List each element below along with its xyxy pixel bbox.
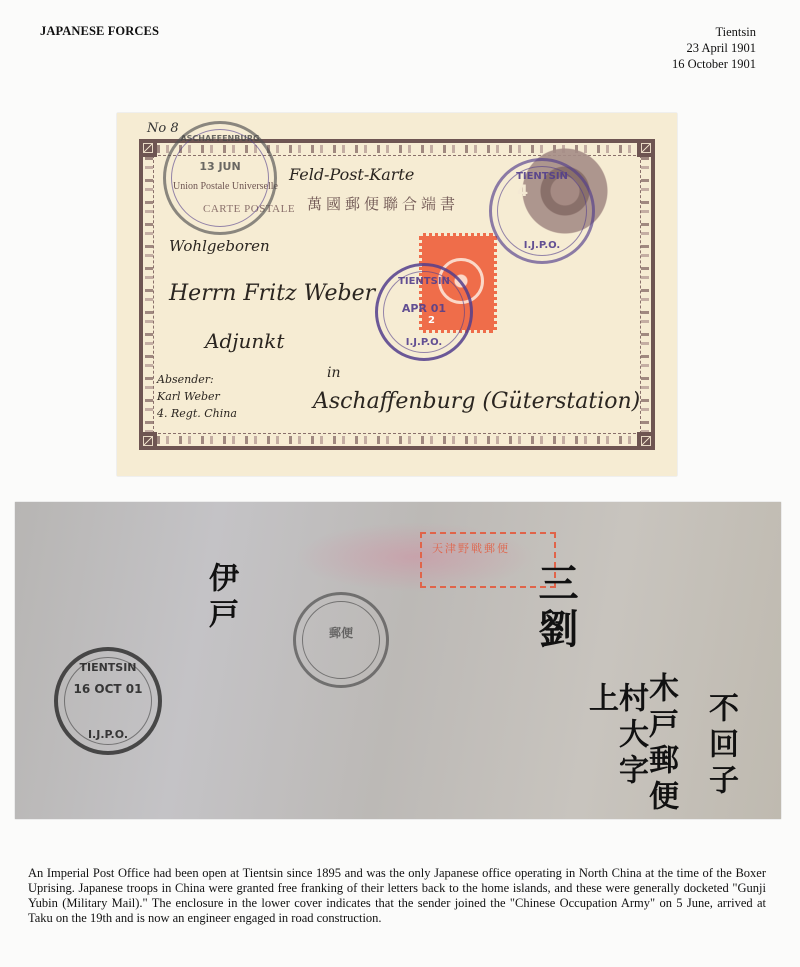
ornament-band-bottom — [157, 436, 637, 444]
corner-ornament-icon — [139, 432, 157, 450]
japanese-cancel: 郵便 — [293, 592, 389, 688]
corner-ornament-icon — [637, 139, 655, 157]
cancel-town: TIENTSIN — [58, 661, 158, 674]
brush-column: 木戸郵便 — [645, 672, 675, 816]
tientsin-postmark: TIENTSIN APR 01 I.J.P.O. — [375, 263, 473, 361]
cancel-ring — [302, 601, 380, 679]
brush-column: 村大字上 — [585, 682, 645, 819]
handwriting-header: Feld-Post-Karte — [289, 165, 414, 184]
brush-column: 不回子 — [705, 692, 735, 800]
brush-column: 三劉 — [535, 562, 575, 654]
handwriting-addressee: Herrn Fritz Weber — [169, 281, 375, 306]
postmark-town: TIENTSIN — [492, 171, 592, 182]
postmark-date: 13 JUN — [166, 160, 274, 173]
arrival-postmark: TIENTSIN I.J.P.O. — [489, 158, 595, 264]
postmark-office: I.J.P.O. — [492, 240, 592, 251]
location: Tientsin — [672, 24, 756, 40]
corner-ornament-icon — [637, 432, 655, 450]
date-1: 23 April 1901 — [672, 40, 756, 56]
ornament-band-left — [145, 157, 153, 432]
cancel-date: 16 OCT 01 — [58, 683, 158, 696]
page-title: JAPANESE FORCES — [40, 24, 159, 39]
cancel-office: I.J.P.O. — [58, 728, 158, 741]
postmark-town: TIENTSIN — [378, 276, 470, 287]
cancel-text: 郵便 — [296, 627, 386, 640]
date-2: 16 October 1901 — [672, 56, 756, 72]
cover-image: 天津野戦郵便 不回子 木戸郵便 村大字上 三劉 伊戸 郵便 TIENTSIN 1… — [15, 502, 781, 819]
sender-line: 4. Regt. China — [157, 405, 237, 422]
handwriting-salutation: Wohlgeboren — [169, 237, 270, 255]
brush-column: 伊戸 — [205, 562, 235, 634]
page-header-location-dates: Tientsin 23 April 1901 16 October 1901 — [672, 24, 756, 72]
ornament-band-right — [641, 157, 649, 432]
postcard-image: No 8 Union Postale Universelle CARTE POS… — [117, 113, 677, 476]
tientsin-cancel: TIENTSIN 16 OCT 01 I.J.P.O. — [54, 647, 162, 755]
handwriting-sender: Absender: Karl Weber 4. Regt. China — [157, 371, 237, 422]
japanese-title: 萬國郵便聯合端書 — [307, 193, 459, 214]
postmark-town: ASCHAFFENBURG — [166, 134, 274, 143]
handwriting-in: in — [327, 365, 341, 381]
german-postmark: ASCHAFFENBURG 13 JUN — [163, 121, 277, 235]
sender-line: Absender: — [157, 371, 237, 388]
caption-paragraph: An Imperial Post Office had been open at… — [28, 866, 766, 926]
postmark-ring — [171, 129, 269, 227]
handwriting-destination: Aschaffenburg (Güterstation) — [313, 389, 640, 414]
handwriting-addressee-title: Adjunkt — [205, 329, 284, 353]
corner-ornament-icon — [139, 139, 157, 157]
postmark-date: APR 01 — [378, 302, 470, 315]
sender-line: Karl Weber — [157, 388, 237, 405]
postmark-office: I.J.P.O. — [378, 337, 470, 348]
